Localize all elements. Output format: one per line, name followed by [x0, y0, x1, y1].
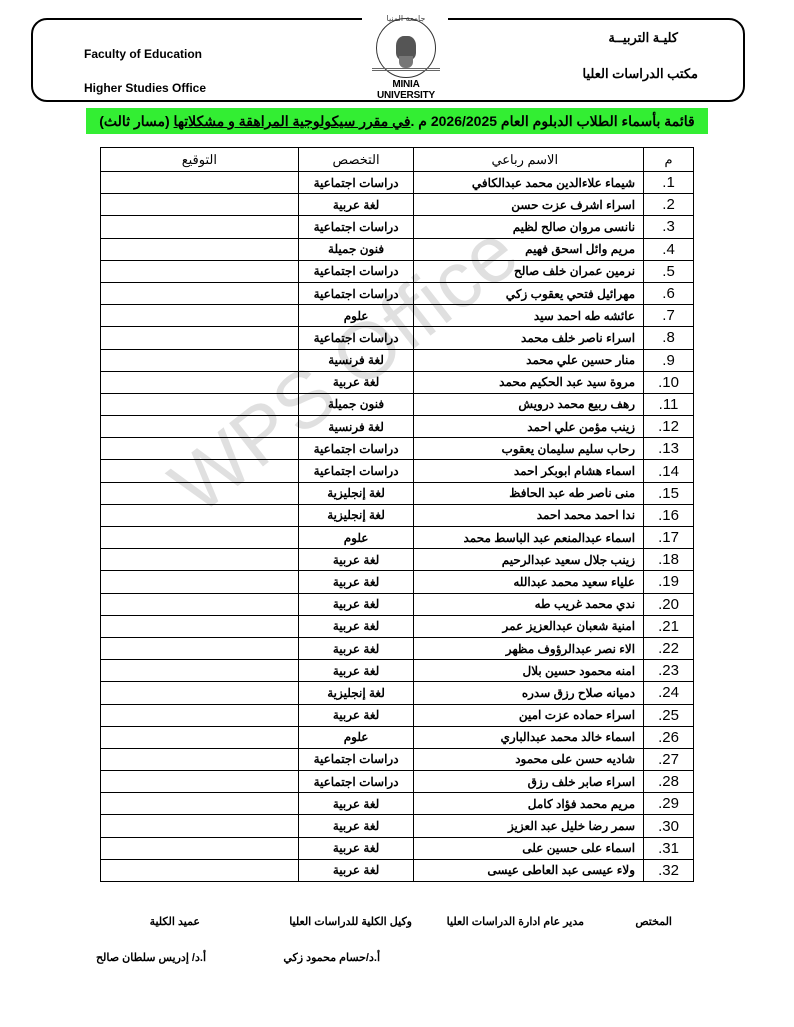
row-number: 27.: [644, 748, 694, 770]
table-row: 10.مروة سيد عبد الحكيم محمدلغة عربية: [101, 371, 694, 393]
row-number: 24.: [644, 682, 694, 704]
student-specialization: دراسات اجتماعية: [298, 172, 414, 194]
table-row: 11.رهف ربيع محمد درويشفنون جميلة: [101, 393, 694, 415]
student-name: مروة سيد عبد الحكيم محمد: [414, 371, 644, 393]
signature-cell: [101, 748, 299, 770]
signature-cell: [101, 482, 299, 504]
row-number: 8.: [644, 327, 694, 349]
table-row: 1.شيماء علاءالدين محمد عبدالكافيدراسات ا…: [101, 172, 694, 194]
row-number: 26.: [644, 726, 694, 748]
student-name: منى ناصر طه عبد الحافظ: [414, 482, 644, 504]
student-specialization: علوم: [298, 305, 414, 327]
logo-wings-icon: [372, 68, 440, 79]
row-number: 7.: [644, 305, 694, 327]
student-name: اسراء ناصر خلف محمد: [414, 327, 644, 349]
student-name: ولاء عيسى عبد العاطى عيسى: [414, 859, 644, 881]
student-specialization: دراسات اجتماعية: [298, 260, 414, 282]
student-name: اسراء اشرف عزت حسن: [414, 194, 644, 216]
signature-cell: [101, 393, 299, 415]
row-number: 25.: [644, 704, 694, 726]
signature-cell: [101, 216, 299, 238]
row-number: 28.: [644, 771, 694, 793]
row-number: 17.: [644, 527, 694, 549]
student-specialization: لغة فرنسية: [298, 349, 414, 371]
row-number: 20.: [644, 593, 694, 615]
signature-cell: [101, 593, 299, 615]
student-name: شيماء علاءالدين محمد عبدالكافي: [414, 172, 644, 194]
row-number: 19.: [644, 571, 694, 593]
signature-cell: [101, 726, 299, 748]
student-name: الاء نصر عبدالرؤوف مظهر: [414, 637, 644, 659]
student-name: نانسى مروان صالح لظيم: [414, 216, 644, 238]
signature-cell: [101, 282, 299, 304]
row-number: 3.: [644, 216, 694, 238]
student-name: امنه محمود حسين بلال: [414, 660, 644, 682]
signature-cell: [101, 238, 299, 260]
row-number: 1.: [644, 172, 694, 194]
table-row: 14.اسماء هشام ابوبكر احمددراسات اجتماعية: [101, 460, 694, 482]
signature-cell: [101, 549, 299, 571]
student-roster-table: م الاسم رباعي التخصص التوقيع 1.شيماء علا…: [100, 147, 694, 882]
table-row: 32.ولاء عيسى عبد العاطى عيسىلغة عربية: [101, 859, 694, 881]
signature-cell: [101, 305, 299, 327]
student-specialization: دراسات اجتماعية: [298, 327, 414, 349]
row-number: 2.: [644, 194, 694, 216]
student-name: اسماء خالد محمد عبدالباري: [414, 726, 644, 748]
row-number: 15.: [644, 482, 694, 504]
signature-cell: [101, 859, 299, 881]
table-row: 28.اسراء صابر خلف رزقدراسات اجتماعية: [101, 771, 694, 793]
student-specialization: لغة عربية: [298, 859, 414, 881]
student-specialization: لغة فرنسية: [298, 416, 414, 438]
student-specialization: دراسات اجتماعية: [298, 748, 414, 770]
student-name: ندي محمد غريب طه: [414, 593, 644, 615]
table-row: 30.سمر رضا خليل عبد العزيزلغة عربية: [101, 815, 694, 837]
student-specialization: دراسات اجتماعية: [298, 771, 414, 793]
student-name: اسماء على حسين على: [414, 837, 644, 859]
table-row: 7.عائشه طه احمد سيدعلوم: [101, 305, 694, 327]
signature-cell: [101, 460, 299, 482]
student-specialization: لغة عربية: [298, 571, 414, 593]
row-number: 23.: [644, 660, 694, 682]
signature-cell: [101, 349, 299, 371]
signature-cell: [101, 416, 299, 438]
table-row: 21.امنية شعبان عبدالعزيز عمرلغة عربية: [101, 615, 694, 637]
table-row: 3.نانسى مروان صالح لظيمدراسات اجتماعية: [101, 216, 694, 238]
student-name: اسراء حماده عزت امين: [414, 704, 644, 726]
row-number: 29.: [644, 793, 694, 815]
table-row: 29.مريم محمد فؤاد كامللغة عربية: [101, 793, 694, 815]
student-name: مريم محمد فؤاد كامل: [414, 793, 644, 815]
student-specialization: لغة عربية: [298, 637, 414, 659]
row-number: 12.: [644, 416, 694, 438]
signature-cell: [101, 704, 299, 726]
signature-cell: [101, 815, 299, 837]
office-name-en: Higher Studies Office: [84, 81, 206, 95]
row-number: 13.: [644, 438, 694, 460]
student-name: اسماء عبدالمنعم عبد الباسط محمد: [414, 527, 644, 549]
student-name: منار حسين علي محمد: [414, 349, 644, 371]
nefertiti-neck-icon: [399, 56, 413, 68]
signature-cell: [101, 260, 299, 282]
student-specialization: لغة عربية: [298, 793, 414, 815]
table-row: 17.اسماء عبدالمنعم عبد الباسط محمدعلوم: [101, 527, 694, 549]
student-name: علياء سعيد محمد عبدالله: [414, 571, 644, 593]
student-specialization: لغة إنجليزية: [298, 682, 414, 704]
footer-name-dean: أ.د/ إدريس سلطان صالح: [96, 951, 206, 964]
row-number: 14.: [644, 460, 694, 482]
signature-cell: [101, 438, 299, 460]
student-name: زينب مؤمن علي احمد: [414, 416, 644, 438]
table-row: 16.ندا احمد محمد احمدلغة إنجليزية: [101, 504, 694, 526]
student-name: اسماء هشام ابوبكر احمد: [414, 460, 644, 482]
footer-role-specialist: المختص: [635, 915, 672, 928]
signature-cell: [101, 771, 299, 793]
signature-cell: [101, 682, 299, 704]
row-number: 22.: [644, 637, 694, 659]
footer-name-vice-dean: أ.د/حسام محمود زكي: [283, 951, 380, 964]
student-specialization: لغة عربية: [298, 660, 414, 682]
header-num: م: [644, 148, 694, 172]
signature-cell: [101, 637, 299, 659]
student-specialization: دراسات اجتماعية: [298, 216, 414, 238]
table-row: 5.نرمين عمران خلف صالحدراسات اجتماعية: [101, 260, 694, 282]
faculty-name-ar: كليـة التربيــة: [608, 30, 678, 46]
table-row: 8.اسراء ناصر خلف محمددراسات اجتماعية: [101, 327, 694, 349]
student-name: رحاب سليم سليمان يعقوب: [414, 438, 644, 460]
row-number: 10.: [644, 371, 694, 393]
student-specialization: لغة عربية: [298, 593, 414, 615]
row-number: 11.: [644, 393, 694, 415]
table-row: 18.زينب جلال سعيد عبدالرحيملغة عربية: [101, 549, 694, 571]
signature-cell: [101, 793, 299, 815]
signature-cell: [101, 837, 299, 859]
document-title: قائمة بأسماء الطلاب الدبلوم العام 2026/2…: [86, 108, 708, 134]
signature-cell: [101, 504, 299, 526]
table-row: 31.اسماء على حسين علىلغة عربية: [101, 837, 694, 859]
table-row: 23.امنه محمود حسين بلاللغة عربية: [101, 660, 694, 682]
row-number: 21.: [644, 615, 694, 637]
student-specialization: لغة عربية: [298, 837, 414, 859]
student-specialization: لغة عربية: [298, 194, 414, 216]
logo-text: MINIA UNIVERSITY: [366, 79, 446, 101]
row-number: 32.: [644, 859, 694, 881]
student-specialization: لغة إنجليزية: [298, 504, 414, 526]
office-name-ar: مكتب الدراسات العليا: [583, 66, 698, 82]
student-name: مهرائيل فتحي يعقوب زكي: [414, 282, 644, 304]
row-number: 4.: [644, 238, 694, 260]
student-name: امنية شعبان عبدالعزيز عمر: [414, 615, 644, 637]
student-specialization: علوم: [298, 726, 414, 748]
table-row: 15.منى ناصر طه عبد الحافظلغة إنجليزية: [101, 482, 694, 504]
row-number: 6.: [644, 282, 694, 304]
university-logo: جامعة المنيا MINIA UNIVERSITY: [366, 16, 446, 96]
student-specialization: علوم: [298, 527, 414, 549]
footer-role-vice-dean: وكيل الكلية للدراسات العليا: [289, 915, 412, 928]
student-specialization: لغة عربية: [298, 815, 414, 837]
student-specialization: فنون جميلة: [298, 238, 414, 260]
signature-cell: [101, 527, 299, 549]
student-specialization: دراسات اجتماعية: [298, 438, 414, 460]
row-number: 18.: [644, 549, 694, 571]
table-row: 20.ندي محمد غريب طهلغة عربية: [101, 593, 694, 615]
footer-role-dean: عميد الكلية: [150, 915, 200, 928]
student-name: ندا احمد محمد احمد: [414, 504, 644, 526]
signature-cell: [101, 571, 299, 593]
table-row: 26.اسماء خالد محمد عبدالباريعلوم: [101, 726, 694, 748]
student-specialization: لغة عربية: [298, 615, 414, 637]
table-row: 19.علياء سعيد محمد عبداللهلغة عربية: [101, 571, 694, 593]
footer-role-general-manager: مدير عام ادارة الدراسات العليا: [447, 915, 584, 928]
student-name: شاديه حسن على محمود: [414, 748, 644, 770]
table-row: 25.اسراء حماده عزت امينلغة عربية: [101, 704, 694, 726]
student-name: سمر رضا خليل عبد العزيز: [414, 815, 644, 837]
table-row: 2.اسراء اشرف عزت حسنلغة عربية: [101, 194, 694, 216]
table-row: 13.رحاب سليم سليمان يعقوبدراسات اجتماعية: [101, 438, 694, 460]
student-name: اسراء صابر خلف رزق: [414, 771, 644, 793]
student-specialization: لغة عربية: [298, 371, 414, 393]
row-number: 9.: [644, 349, 694, 371]
table-body: 1.شيماء علاءالدين محمد عبدالكافيدراسات ا…: [101, 172, 694, 882]
table-row: 6.مهرائيل فتحي يعقوب زكيدراسات اجتماعية: [101, 282, 694, 304]
student-name: عائشه طه احمد سيد: [414, 305, 644, 327]
header-signature: التوقيع: [101, 148, 299, 172]
table-row: 12.زينب مؤمن علي احمدلغة فرنسية: [101, 416, 694, 438]
student-specialization: لغة عربية: [298, 549, 414, 571]
title-part-3: (مسار ثالث): [99, 113, 173, 129]
student-specialization: فنون جميلة: [298, 393, 414, 415]
student-name: رهف ربيع محمد درويش: [414, 393, 644, 415]
table-row: 4.مريم وائل اسحق فهيمفنون جميلة: [101, 238, 694, 260]
row-number: 30.: [644, 815, 694, 837]
table-row: 9.منار حسين علي محمدلغة فرنسية: [101, 349, 694, 371]
student-name: نرمين عمران خلف صالح: [414, 260, 644, 282]
student-name: زينب جلال سعيد عبدالرحيم: [414, 549, 644, 571]
signature-cell: [101, 615, 299, 637]
table-header-row: م الاسم رباعي التخصص التوقيع: [101, 148, 694, 172]
title-part-1: قائمة بأسماء الطلاب الدبلوم العام 2026/2…: [411, 113, 695, 129]
signature-cell: [101, 327, 299, 349]
student-name: دميانه صلاح رزق سدره: [414, 682, 644, 704]
student-specialization: دراسات اجتماعية: [298, 282, 414, 304]
student-name: مريم وائل اسحق فهيم: [414, 238, 644, 260]
table-row: 24.دميانه صلاح رزق سدرهلغة إنجليزية: [101, 682, 694, 704]
row-number: 16.: [644, 504, 694, 526]
signature-cell: [101, 660, 299, 682]
header-name: الاسم رباعي: [414, 148, 644, 172]
signature-cell: [101, 194, 299, 216]
row-number: 5.: [644, 260, 694, 282]
table-row: 27.شاديه حسن على محموددراسات اجتماعية: [101, 748, 694, 770]
faculty-name-en: Faculty of Education: [84, 47, 202, 61]
student-specialization: لغة إنجليزية: [298, 482, 414, 504]
table-row: 22.الاء نصر عبدالرؤوف مظهرلغة عربية: [101, 637, 694, 659]
signature-cell: [101, 371, 299, 393]
header-specialization: التخصص: [298, 148, 414, 172]
student-specialization: لغة عربية: [298, 704, 414, 726]
title-part-2: في مقرر سيكولوجية المراهقة و مشكلاتها: [174, 113, 411, 129]
student-specialization: دراسات اجتماعية: [298, 460, 414, 482]
row-number: 31.: [644, 837, 694, 859]
signature-cell: [101, 172, 299, 194]
